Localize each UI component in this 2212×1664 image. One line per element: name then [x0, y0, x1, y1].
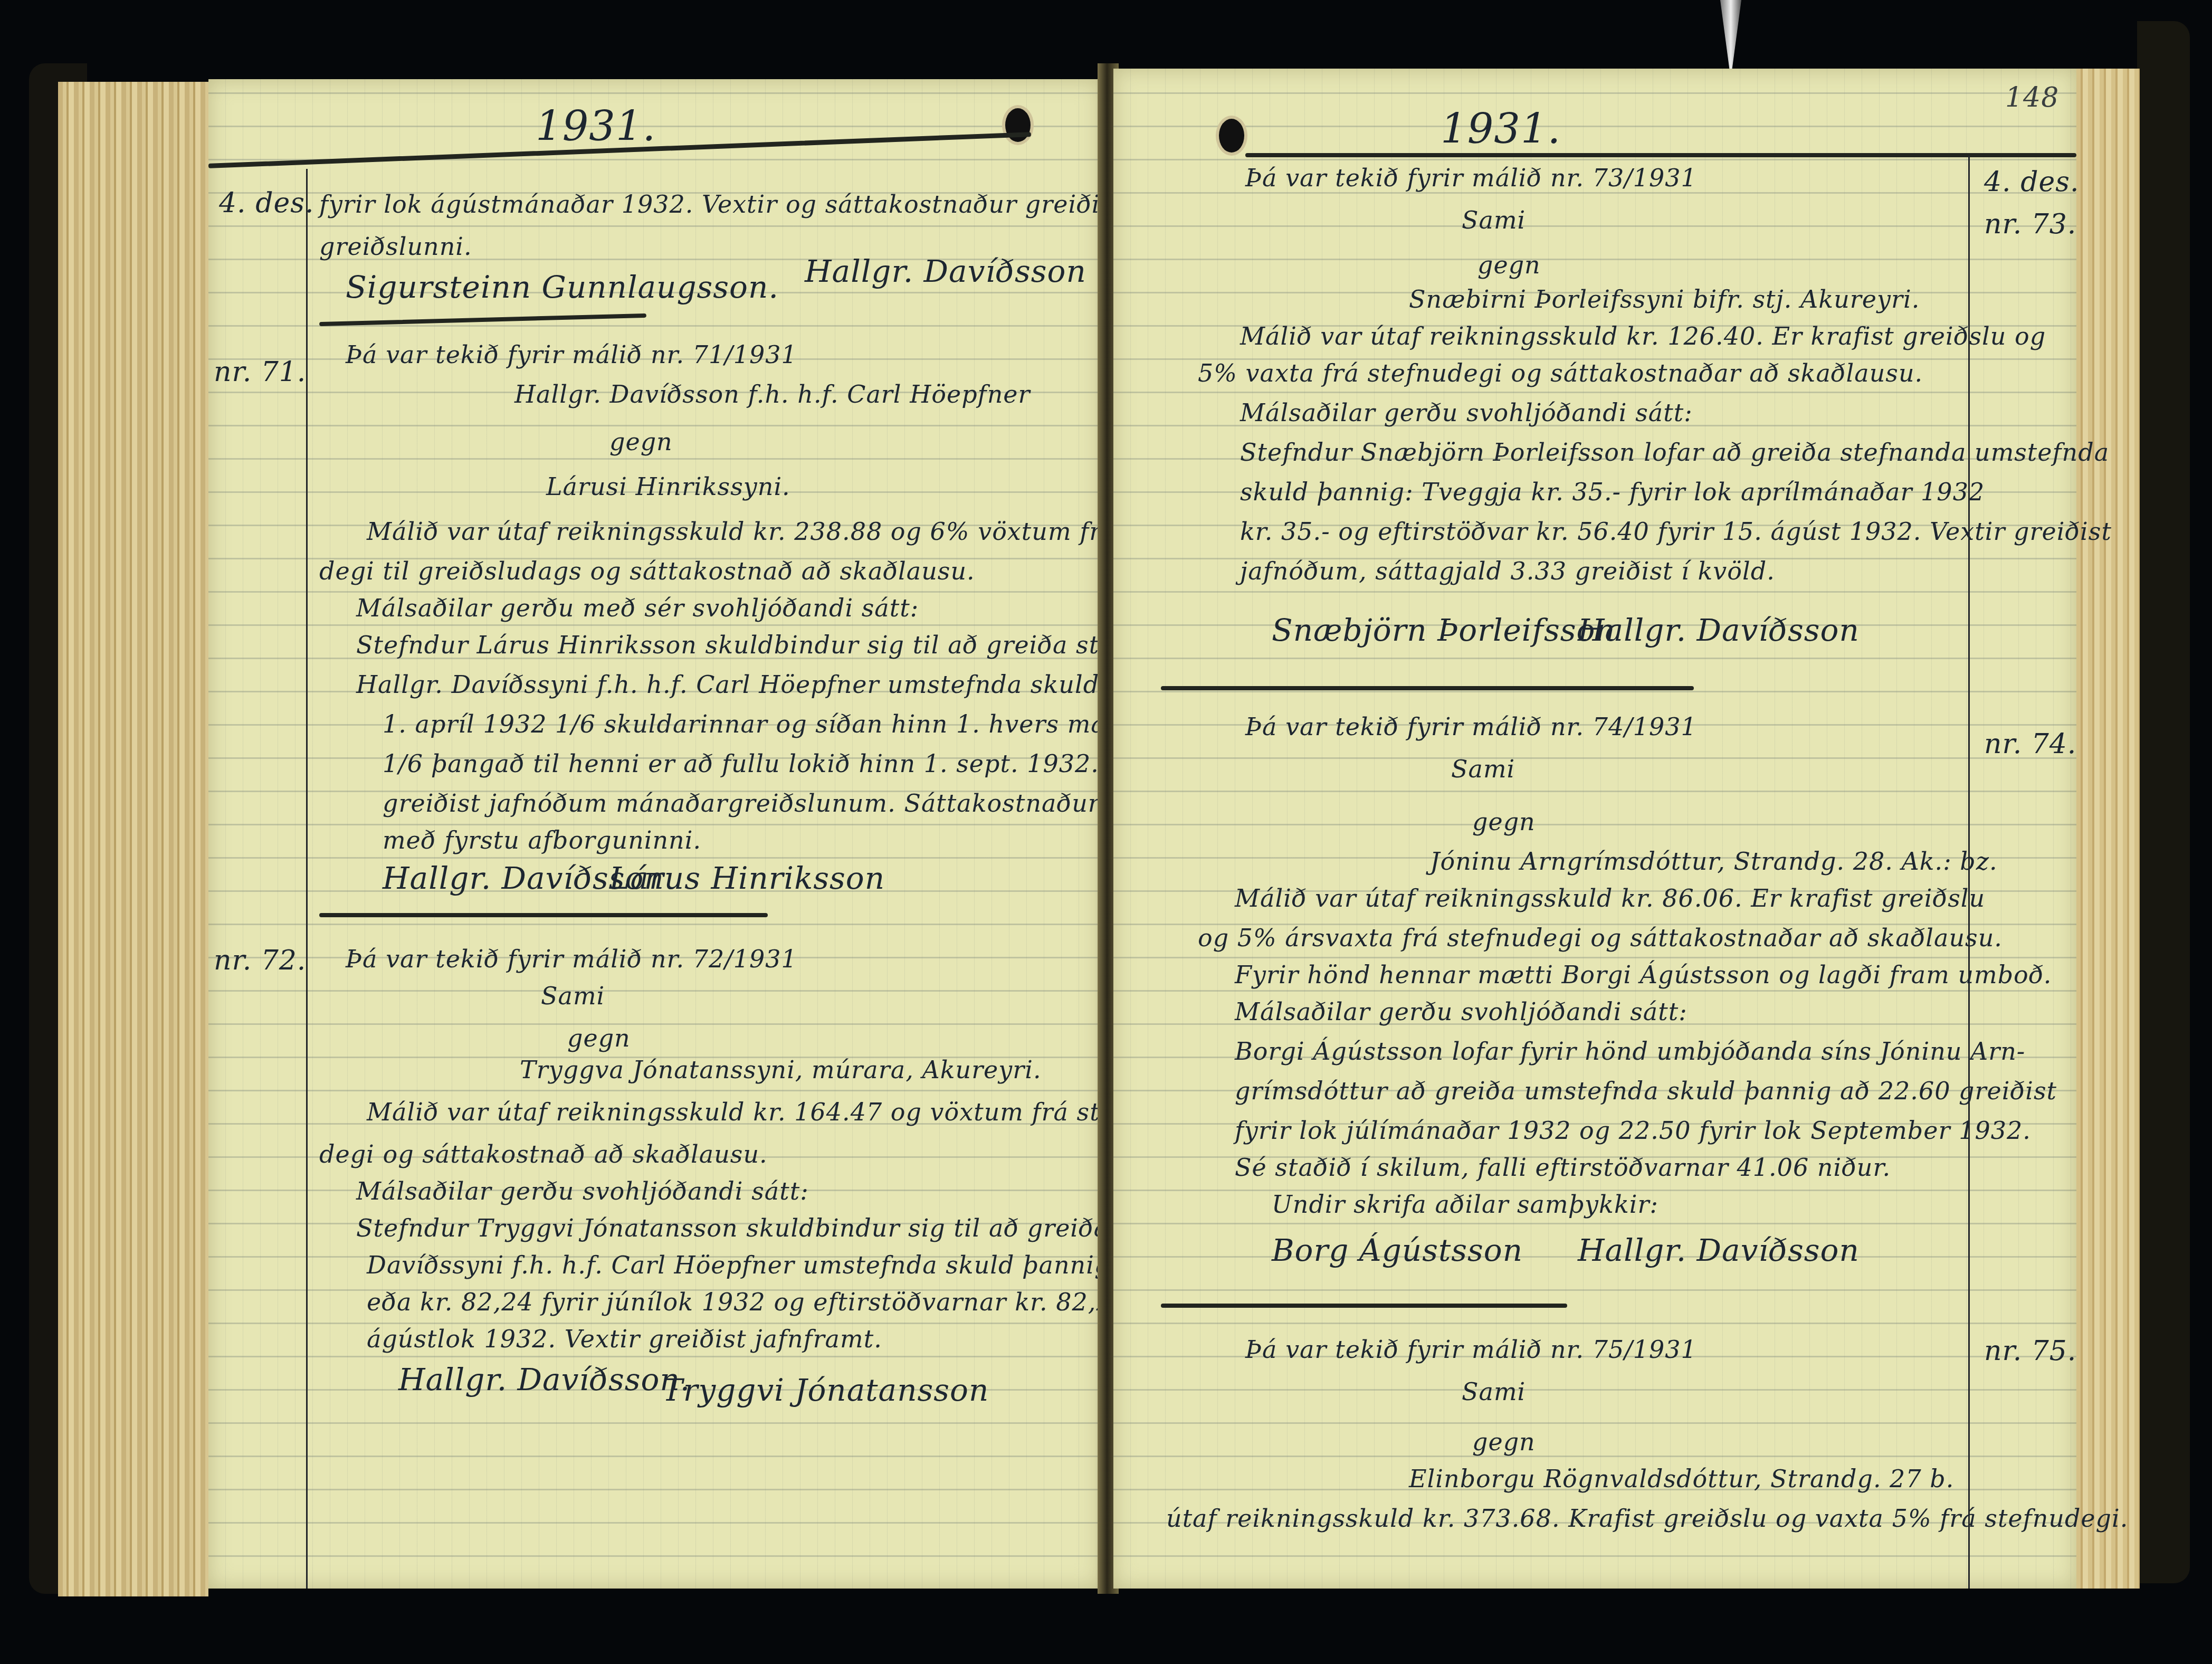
margin-case-number: nr. 75.	[1984, 1335, 2076, 1367]
entry-divider	[319, 913, 768, 917]
page-number: 148	[2005, 82, 2059, 113]
entry-line: útaf reikningsskuld kr. 373.68. Krafist …	[1166, 1504, 2128, 1533]
entry-line: Málsaðilar gerðu svohljóðandi sátt:	[1235, 997, 1687, 1026]
margin-column-line	[306, 169, 308, 1589]
plaintiff: Hallgr. Davíðsson f.h. h.f. Carl Höepfne…	[514, 380, 1031, 408]
entry-divider	[319, 313, 646, 326]
entry-line: Málið var útaf reikningsskuld kr. 86.06.…	[1235, 884, 1985, 912]
defendant: Jóninu Arngrímsdóttur, Strandg. 28. Ak.:…	[1430, 847, 1998, 876]
entry-line: Undir skrifa aðilar samþykkir:	[1272, 1190, 1658, 1219]
plaintiff: Sami	[1451, 755, 1515, 783]
versus: gegn	[1477, 251, 1541, 279]
entry-line: degi til greiðsludags og sáttakostnað að…	[319, 557, 975, 585]
entry-line: Málið var útaf reikningsskuld kr. 238.88…	[367, 517, 1213, 546]
left-page: 1931. 4. des. fyrir lok ágústmánaðar 193…	[208, 79, 1100, 1589]
entry-line: skuld þannig: Tveggja kr. 35.- fyrir lok…	[1240, 478, 1985, 506]
entry-line: Málið var útaf reikningsskuld kr. 164.47…	[367, 1098, 1166, 1126]
entry-line: jafnóðum, sáttagjald 3.33 greiðist í kvö…	[1240, 557, 1775, 585]
entry-line: Stefndur Lárus Hinriksson skuldbindur si…	[356, 631, 1202, 659]
signature: Borg Ágústsson	[1272, 1232, 1523, 1268]
entry-line: Fyrir hönd hennar mætti Borgi Ágústsson …	[1235, 961, 2052, 989]
entry-line: 1. apríl 1932 1/6 skuldarinnar og síðan …	[383, 710, 1179, 738]
case-line: Þá var tekið fyrir málið nr. 71/1931	[346, 340, 797, 369]
entry-line: degi og sáttakostnað að skaðlausu.	[319, 1140, 768, 1168]
versus: gegn	[609, 427, 673, 456]
signature: Tryggvi Jónatansson	[662, 1372, 989, 1408]
signature: Lárus Hinriksson	[609, 860, 885, 896]
entry-line: Borgi Ágústsson lofar fyrir hönd umbjóða…	[1235, 1037, 2025, 1066]
entry-line: Málsaðilar gerðu svohljóðandi sátt:	[1240, 398, 1693, 427]
case-line: Þá var tekið fyrir málið nr. 72/1931	[346, 945, 797, 973]
book-cover-right	[2137, 21, 2190, 1583]
entry-line: Málsaðilar gerðu með sér svohljóðandi sá…	[356, 594, 919, 622]
signature: Snæbjörn Þorleifsson	[1272, 612, 1616, 648]
entry-line: greiðslunni.	[319, 232, 472, 261]
margin-date: 4. des.	[219, 187, 314, 219]
entry-line: með fyrstu afborguninni.	[383, 826, 701, 854]
year-header: 1931.	[1441, 106, 1561, 153]
defendant: Tryggva Jónatanssyni, múrara, Akureyri.	[520, 1056, 1042, 1084]
entry-line: og 5% ársvaxta frá stefnudegi og sáttako…	[1198, 924, 2003, 952]
defendant: Elinborgu Rögnvaldsdóttur, Strandg. 27 b…	[1409, 1465, 1954, 1493]
signature: Hallgr. Davíðsson	[805, 253, 1086, 289]
margin-case-number: nr. 73.	[1984, 208, 2076, 240]
signature: Sigursteinn Gunnlaugsson.	[346, 269, 779, 305]
defendant: Snæbirni Þorleifssyni bifr. stj. Akureyr…	[1409, 285, 1920, 313]
margin-date: 4. des.	[1984, 166, 2079, 198]
plaintiff: Sami	[541, 982, 605, 1010]
plaintiff: Sami	[1462, 206, 1525, 234]
entry-line: kr. 35.- og eftirstöðvar kr. 56.40 fyrir…	[1240, 517, 2112, 546]
page-edges-right	[2076, 69, 2140, 1589]
signature: Hallgr. Davíðsson	[1578, 612, 1860, 648]
entry-line: eða kr. 82,24 fyrir júnílok 1932 og efti…	[367, 1288, 1193, 1316]
entry-line: Málið var útaf reikningsskuld kr. 126.40…	[1240, 322, 2046, 350]
entry-line: Hallgr. Davíðssyni f.h. h.f. Carl Höepfn…	[356, 670, 1204, 699]
versus: gegn	[1472, 1428, 1536, 1456]
entry-line: fyrir lok júlímánaðar 1932 og 22.50 fyri…	[1235, 1116, 2031, 1145]
entry-line: ágústlok 1932. Vextir greiðist jafnframt…	[367, 1325, 882, 1353]
entry-line: Málsaðilar gerðu svohljóðandi sátt:	[356, 1177, 809, 1205]
case-line: Þá var tekið fyrir málið nr. 73/1931	[1245, 164, 1697, 192]
header-rule	[1245, 153, 2076, 157]
margin-case-number: nr. 72.	[214, 945, 306, 976]
case-line: Þá var tekið fyrir málið nr. 74/1931	[1245, 712, 1697, 741]
entry-divider	[1161, 1304, 1567, 1308]
page-edges-left	[58, 82, 208, 1596]
signature: Hallgr. Davíðsson.	[398, 1362, 690, 1397]
versus: gegn	[1472, 807, 1536, 836]
punch-hole	[1219, 119, 1244, 153]
case-line: Þá var tekið fyrir málið nr. 75/1931	[1245, 1335, 1697, 1364]
right-page: 148 1931. 4. des. nr. 73. Þá var tekið f…	[1113, 69, 2076, 1589]
entry-line: 5% vaxta frá stefnudegi og sáttakostnaða…	[1198, 359, 1923, 387]
defendant: Lárusi Hinrikssyni.	[546, 472, 790, 501]
plaintiff: Sami	[1462, 1377, 1525, 1406]
entry-line: 1/6 þangað til henni er að fullu lokið h…	[383, 749, 1183, 778]
signature: Hallgr. Davíðsson	[1578, 1232, 1860, 1268]
entry-line: grímsdóttur að greiða umstefnda skuld þa…	[1235, 1077, 2057, 1105]
margin-case-number: nr. 74.	[1984, 728, 2076, 760]
entry-line: Sé staðið í skilum, falli eftirstöðvarna…	[1235, 1153, 1891, 1182]
year-header: 1931.	[536, 103, 656, 150]
page-clip-blade	[1720, 0, 1741, 79]
versus: gegn	[567, 1024, 631, 1052]
margin-case-number: nr. 71.	[214, 356, 306, 388]
entry-line: Stefndur Snæbjörn Þorleifsson lofar að g…	[1240, 438, 2109, 467]
entry-divider	[1161, 686, 1694, 690]
